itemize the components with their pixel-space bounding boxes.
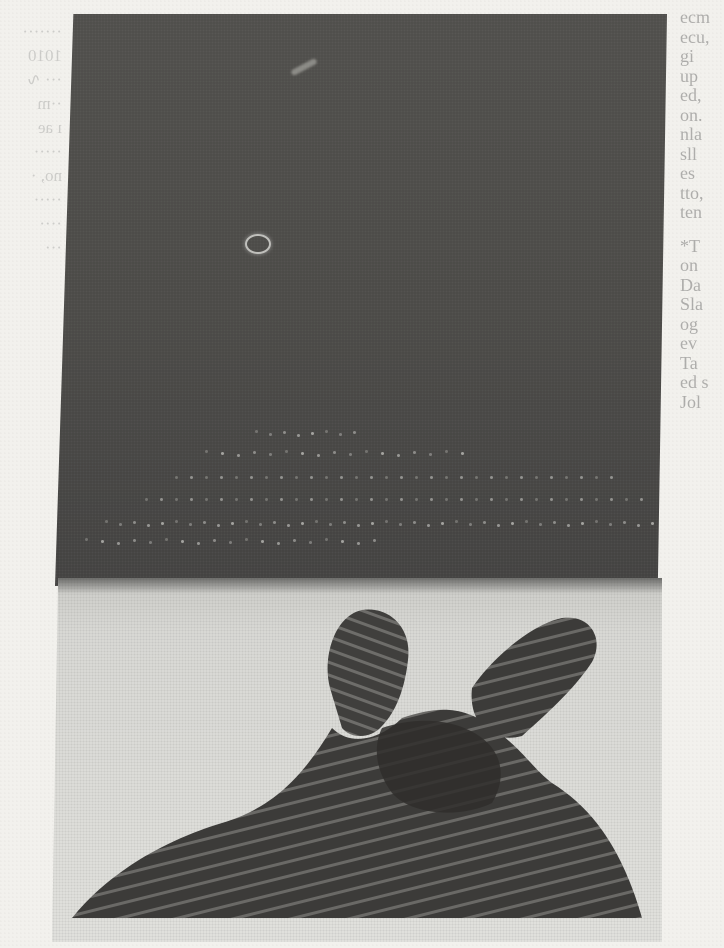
light-point (427, 524, 430, 527)
light-point (333, 451, 336, 454)
light-point (325, 538, 328, 541)
light-point (511, 522, 514, 525)
light-point (475, 498, 478, 501)
light-point (445, 476, 448, 479)
light-point (301, 452, 304, 455)
light-point (280, 498, 283, 501)
margin-text-line: es (680, 164, 724, 184)
light-point (355, 476, 358, 479)
light-point (595, 520, 598, 523)
light-point (149, 541, 152, 544)
margin-text-line: ed, (680, 86, 724, 106)
margin-text-line: Sla (680, 295, 724, 315)
margin-text-line: on. (680, 106, 724, 126)
light-point (640, 498, 643, 501)
light-point (245, 520, 248, 523)
light-point (415, 476, 418, 479)
light-point (550, 476, 553, 479)
light-point (235, 476, 238, 479)
light-point (280, 476, 283, 479)
night-scene-photo (55, 14, 667, 586)
light-point (490, 498, 493, 501)
light-point (580, 476, 583, 479)
light-point (610, 476, 613, 479)
light-point (339, 433, 342, 436)
light-point (329, 523, 332, 526)
light-point (400, 476, 403, 479)
light-point (567, 524, 570, 527)
light-point (175, 520, 178, 523)
light-point (283, 431, 286, 434)
margin-text-line: Da (680, 276, 724, 296)
light-point (365, 450, 368, 453)
light-point (181, 540, 184, 543)
light-point (190, 498, 193, 501)
light-point (535, 498, 538, 501)
light-point (341, 540, 344, 543)
light-point (205, 498, 208, 501)
margin-text-line: gi (680, 47, 724, 67)
light-point (353, 431, 356, 434)
light-point (455, 520, 458, 523)
light-point (475, 476, 478, 479)
light-point (147, 524, 150, 527)
light-point (105, 520, 108, 523)
light-point (565, 498, 568, 501)
margin-text-line: ev (680, 334, 724, 354)
light-point (349, 453, 352, 456)
light-point (520, 498, 523, 501)
light-point (217, 524, 220, 527)
light-point (469, 523, 472, 526)
light-point (175, 498, 178, 501)
light-point (277, 542, 280, 545)
light-point (357, 524, 360, 527)
light-point (189, 523, 192, 526)
light-point (205, 476, 208, 479)
light-point (357, 542, 360, 545)
margin-text-line: ed s (680, 373, 724, 393)
light-point (203, 521, 206, 524)
margin-text-line: sll (680, 145, 724, 165)
light-point (317, 454, 320, 457)
light-point (483, 521, 486, 524)
light-point (490, 476, 493, 479)
margin-text-line: ten (680, 203, 724, 223)
light-point (265, 498, 268, 501)
light-point (253, 451, 256, 454)
light-point (373, 539, 376, 542)
light-point (213, 539, 216, 542)
margin-text-line: Ta (680, 354, 724, 374)
light-point (581, 522, 584, 525)
light-point (625, 498, 628, 501)
margin-text-line: Jol (680, 393, 724, 413)
light-point (505, 498, 508, 501)
light-point (273, 521, 276, 524)
light-point (413, 521, 416, 524)
light-point (370, 476, 373, 479)
light-point (430, 498, 433, 501)
light-point (311, 432, 314, 435)
light-point (497, 524, 500, 527)
light-point (309, 541, 312, 544)
light-point (117, 542, 120, 545)
light-point (325, 430, 328, 433)
light-point (295, 498, 298, 501)
light-point (385, 498, 388, 501)
light-point (269, 453, 272, 456)
margin-text-line: ecm (680, 8, 724, 28)
light-point (310, 498, 313, 501)
light-point (580, 498, 583, 501)
light-point (269, 433, 272, 436)
light-point (400, 498, 403, 501)
light-point (370, 498, 373, 501)
light-point (235, 498, 238, 501)
light-point (415, 498, 418, 501)
light-point (609, 523, 612, 526)
light-point (525, 520, 528, 523)
margin-text-line: *T (680, 237, 724, 257)
light-point (293, 539, 296, 542)
light-point (119, 523, 122, 526)
light-point (520, 476, 523, 479)
light-point (399, 523, 402, 526)
light-point (505, 476, 508, 479)
light-point (385, 476, 388, 479)
light-point (385, 520, 388, 523)
light-point (610, 498, 613, 501)
light-point (190, 476, 193, 479)
light-point (550, 498, 553, 501)
light-point (237, 454, 240, 457)
light-point (565, 476, 568, 479)
light-point (429, 453, 432, 456)
light-point (310, 476, 313, 479)
light-point (637, 524, 640, 527)
light-point (205, 450, 208, 453)
light-point (231, 522, 234, 525)
light-point (430, 476, 433, 479)
light-point (220, 498, 223, 501)
light-point (535, 476, 538, 479)
right-margin-column-text: ecmecu,giuped,on.nlasllestto,ten*TonDaSl… (680, 8, 724, 412)
light-point (343, 521, 346, 524)
light-point (297, 434, 300, 437)
bleed-through-text: ·······1010··· ∿··mı ae·····no, ········… (0, 20, 62, 260)
light-point (397, 454, 400, 457)
margin-text-line: tto, (680, 184, 724, 204)
light-point (245, 538, 248, 541)
light-point (445, 450, 448, 453)
light-point (259, 523, 262, 526)
scanned-page: ·······1010··· ∿··mı ae·····no, ········… (0, 0, 724, 948)
light-point (221, 452, 224, 455)
light-point (371, 522, 374, 525)
light-point (413, 451, 416, 454)
light-point (229, 541, 232, 544)
margin-text-line (680, 223, 724, 237)
margin-text-line: ecu, (680, 28, 724, 48)
light-point (325, 498, 328, 501)
light-point (460, 476, 463, 479)
light-point (301, 522, 304, 525)
light-point (340, 476, 343, 479)
light-point (441, 522, 444, 525)
light-point (160, 498, 163, 501)
light-point (285, 450, 288, 453)
light-point (461, 452, 464, 455)
light-point (261, 540, 264, 543)
light-point (255, 430, 258, 433)
light-point (355, 498, 358, 501)
light-point (85, 538, 88, 541)
light-point (445, 498, 448, 501)
light-point (220, 476, 223, 479)
light-point (460, 498, 463, 501)
light-point (250, 476, 253, 479)
light-point (165, 538, 168, 541)
margin-text-line: nla (680, 125, 724, 145)
light-point (175, 476, 178, 479)
light-point (595, 476, 598, 479)
light-point (325, 476, 328, 479)
light-point (133, 539, 136, 542)
light-point (553, 521, 556, 524)
light-point (197, 542, 200, 545)
distant-lights (55, 14, 667, 586)
light-point (133, 521, 136, 524)
light-point (295, 476, 298, 479)
light-point (250, 498, 253, 501)
margin-text-line: og (680, 315, 724, 335)
light-point (651, 522, 654, 525)
light-point (161, 522, 164, 525)
light-point (315, 520, 318, 523)
light-point (539, 523, 542, 526)
margin-text-line: up (680, 67, 724, 87)
light-point (145, 498, 148, 501)
legs-feet-photo (52, 578, 662, 942)
margin-text-line: on (680, 256, 724, 276)
light-point (340, 498, 343, 501)
light-point (265, 476, 268, 479)
light-point (595, 498, 598, 501)
light-point (101, 540, 104, 543)
light-point (623, 521, 626, 524)
light-point (381, 452, 384, 455)
light-point (287, 524, 290, 527)
